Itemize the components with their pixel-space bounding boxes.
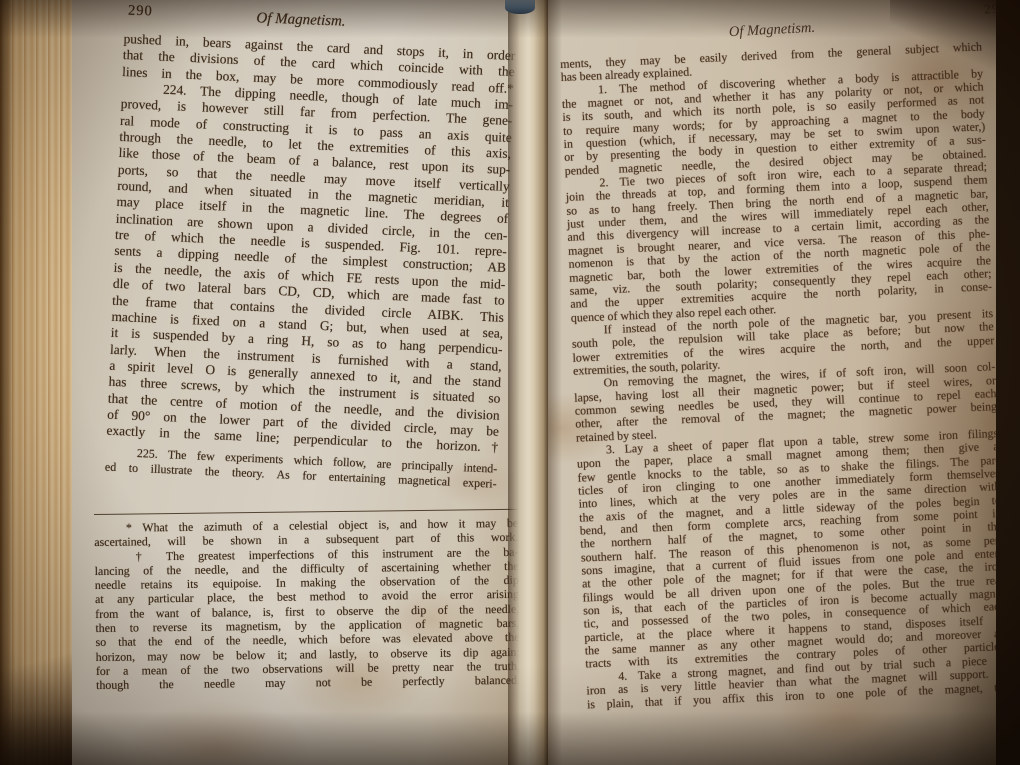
right-page-body-text: ments, they may be easily derived from t… [560, 40, 996, 711]
left-page-body-text: pushed in, bears against the card and st… [105, 31, 516, 491]
headband-blue [505, 0, 535, 14]
left-main-paragraphs: pushed in, bears against the card and st… [106, 31, 515, 456]
left-page: 290 Of Magnetism. pushed in, bears again… [72, 0, 530, 765]
open-book-photo: 290 Of Magnetism. pushed in, bears again… [0, 0, 1020, 765]
footnote-separator-rule [94, 509, 518, 515]
right-page: Of Magnetism. 291 ments, they may be eas… [548, 0, 996, 765]
right-page-number: 291 [984, 0, 996, 17]
left-page-footnotes: * What the azimuth of a celestial object… [94, 509, 520, 693]
footnote-text: * What the azimuth of a celestial object… [94, 516, 520, 693]
book-gutter [508, 0, 550, 765]
